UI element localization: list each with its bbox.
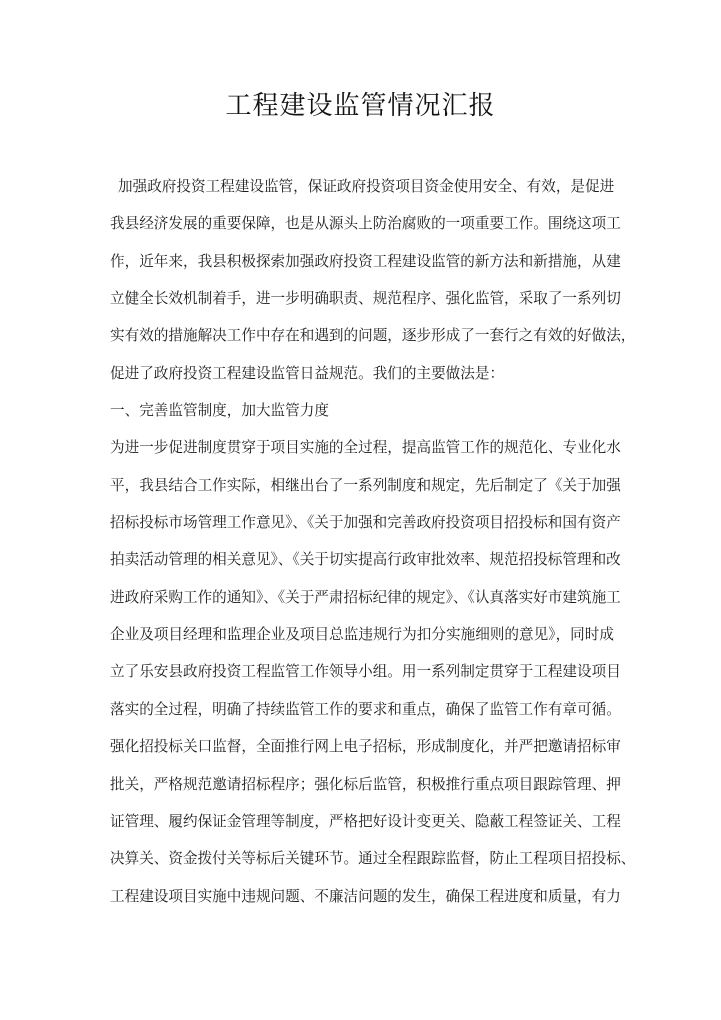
paragraph-line: 促进了政府投资工程建设监管日益规范。我们的主要做法是： [110,355,614,392]
paragraph-line: 批关，严格规范邀请招标程序；强化标后监管，积极推行重点项目跟踪管理、押 [110,766,614,803]
paragraph-line: 落实的全过程，明确了持续监管工作的要求和重点，确保了监管工作有章可循。 [110,691,614,728]
paragraph-line: 为进一步促进制度贯穿于项目实施的全过程，提高监管工作的规范化、专业化水 [110,429,614,466]
document-body: 加强政府投资工程建设监管，保证政府投资项目资金使用安全、有效，是促进 我县经济发… [110,168,614,915]
paragraph-line: 证管理、履约保证金管理等制度，严格把好设计变更关、隐蔽工程签证关、工程 [110,803,614,840]
paragraph-line: 工程建设项目实施中违规问题、不廉洁问题的发生，确保工程进度和质量，有力 [110,878,614,915]
paragraph-line: 实有效的措施解决工作中存在和遇到的问题，逐步形成了一套行之有效的好做法， [110,317,614,354]
document-page: 工程建设监管情况汇报 加强政府投资工程建设监管，保证政府投资项目资金使用安全、有… [0,0,721,1020]
paragraph-line: 加强政府投资工程建设监管，保证政府投资项目资金使用安全、有效，是促进 [110,168,614,205]
paragraph-line: 立了乐安县政府投资工程监管工作领导小组。用一系列制定贯穿于工程建设项目 [110,653,614,690]
paragraph-line: 平，我县结合工作实际，相继出台了一系列制度和规定，先后制定了《关于加强 [110,467,614,504]
paragraph-line: 作，近年来，我县积极探索加强政府投资工程建设监管的新方法和新措施，从建 [110,243,614,280]
paragraph-line: 企业及项目经理和监理企业及项目总监违规行为扣分实施细则的意见》，同时成 [110,616,614,653]
section-heading: 一、完善监管制度，加大监管力度 [110,392,614,429]
paragraph-line: 拍卖活动管理的相关意见》、《关于切实提高行政审批效率、规范招投标管理和改 [110,541,614,578]
paragraph-line: 招标投标市场管理工作意见》、《关于加强和完善政府投资项目招投标和国有资产 [110,504,614,541]
document-title: 工程建设监管情况汇报 [0,86,721,126]
paragraph-line: 立健全长效机制着手，进一步明确职责、规范程序、强化监管，采取了一系列切 [110,280,614,317]
paragraph-line: 我县经济发展的重要保障，也是从源头上防治腐败的一项重要工作。围绕这项工 [110,205,614,242]
paragraph-line: 进政府采购工作的通知》、《关于严肃招标纪律的规定》、《认真落实好市建筑施工 [110,579,614,616]
paragraph-line: 决算关、资金拨付关等标后关键环节。通过全程跟踪监督，防止工程项目招投标、 [110,840,614,877]
paragraph-line: 强化招投标关口监督，全面推行网上电子招标，形成制度化，并严把邀请招标审 [110,728,614,765]
